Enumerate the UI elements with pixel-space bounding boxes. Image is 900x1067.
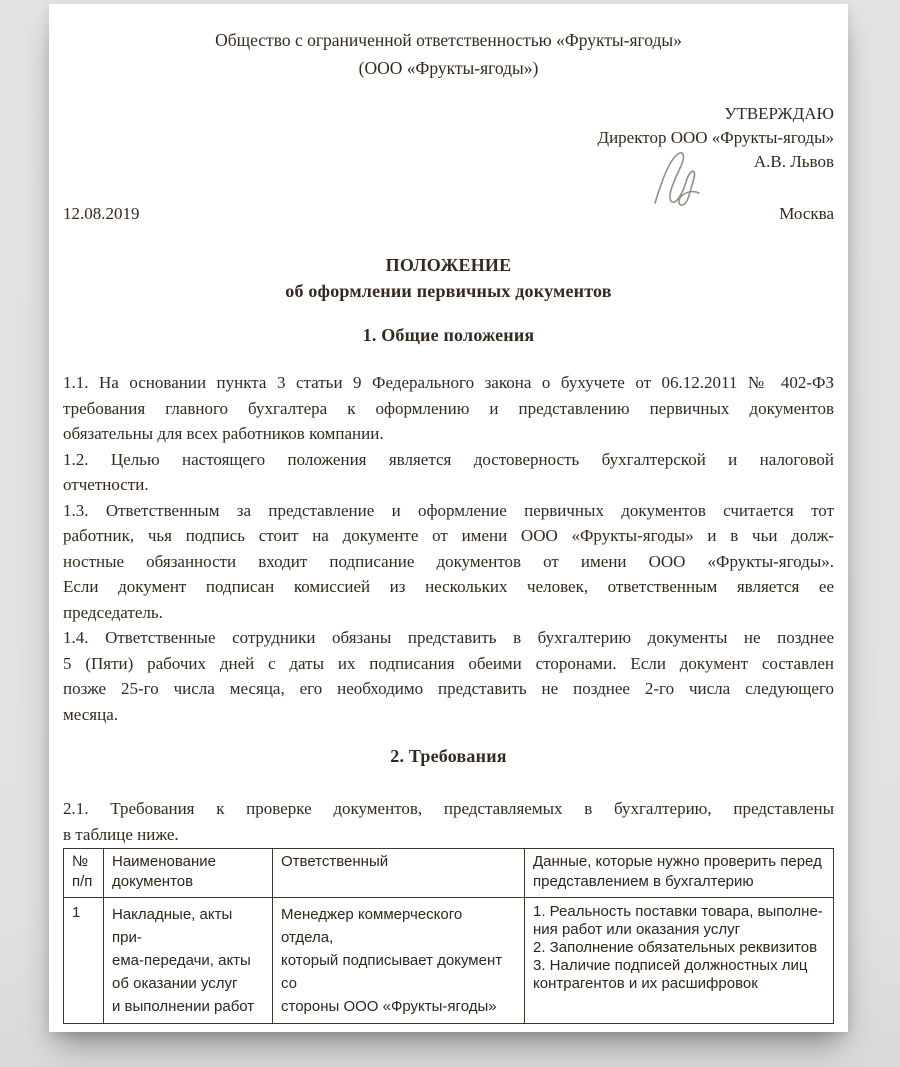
page-background: Общество с ограниченной ответственностью…: [0, 0, 900, 1067]
document-date: 12.08.2019: [63, 202, 140, 226]
col-header-checks: Данные, которые нужно проверить перед пр…: [525, 849, 834, 898]
paragraph-2-1: 2.1. Требования к проверке документов, п…: [63, 796, 834, 847]
table-row: 1 Накладные, акты при- ема-передачи, акт…: [64, 898, 834, 1024]
company-name-full: Общество с ограниченной ответственностью…: [63, 26, 834, 54]
approve-director-name: А.В. Львов: [63, 150, 834, 174]
col-header-documents: Наименование документов: [104, 849, 273, 898]
approve-director-line: Директор ООО «Фрукты-ягоды»: [63, 126, 834, 150]
document-title: ПОЛОЖЕНИЕ: [63, 252, 834, 278]
document-page: Общество с ограниченной ответственностью…: [49, 4, 848, 1032]
section-2-heading: 2. Требования: [63, 743, 834, 769]
company-name-short: (ООО «Фрукты-ягоды»): [63, 54, 834, 82]
cell-row-number: 1: [64, 898, 104, 1024]
paragraph-1-3: 1.3. Ответственным за представление и оф…: [63, 498, 834, 626]
approval-block: УТВЕРЖДАЮ Директор ООО «Фрукты-ягоды» А.…: [63, 102, 834, 174]
cell-responsible: Менеджер коммерческого отдела, который п…: [273, 898, 525, 1024]
requirements-table: № п/п Наименование документов Ответствен…: [63, 848, 834, 1024]
cell-checks: 1. Реальность поставки товара, выполне- …: [525, 898, 834, 1024]
col-header-number: № п/п: [64, 849, 104, 898]
approve-label: УТВЕРЖДАЮ: [63, 102, 834, 126]
document-subtitle: об оформлении первичных документов: [63, 278, 834, 304]
paragraph-1-4: 1.4. Ответственные сотрудники обязаны пр…: [63, 625, 834, 727]
section-1-heading: 1. Общие положения: [63, 322, 834, 348]
section-1-body: 1.1. На основании пункта 3 статьи 9 Феде…: [63, 370, 834, 727]
date-city-row: 12.08.2019 Москва: [63, 202, 834, 226]
document-city: Москва: [779, 202, 834, 226]
paragraph-1-2: 1.2. Целью настоящего положения является…: [63, 447, 834, 498]
paragraph-1-1: 1.1. На основании пункта 3 статьи 9 Феде…: [63, 370, 834, 447]
cell-documents: Накладные, акты при- ема-передачи, акты …: [104, 898, 273, 1024]
col-header-responsible: Ответственный: [273, 849, 525, 898]
document-title-block: ПОЛОЖЕНИЕ об оформлении первичных докуме…: [63, 252, 834, 304]
table-header-row: № п/п Наименование документов Ответствен…: [64, 849, 834, 898]
